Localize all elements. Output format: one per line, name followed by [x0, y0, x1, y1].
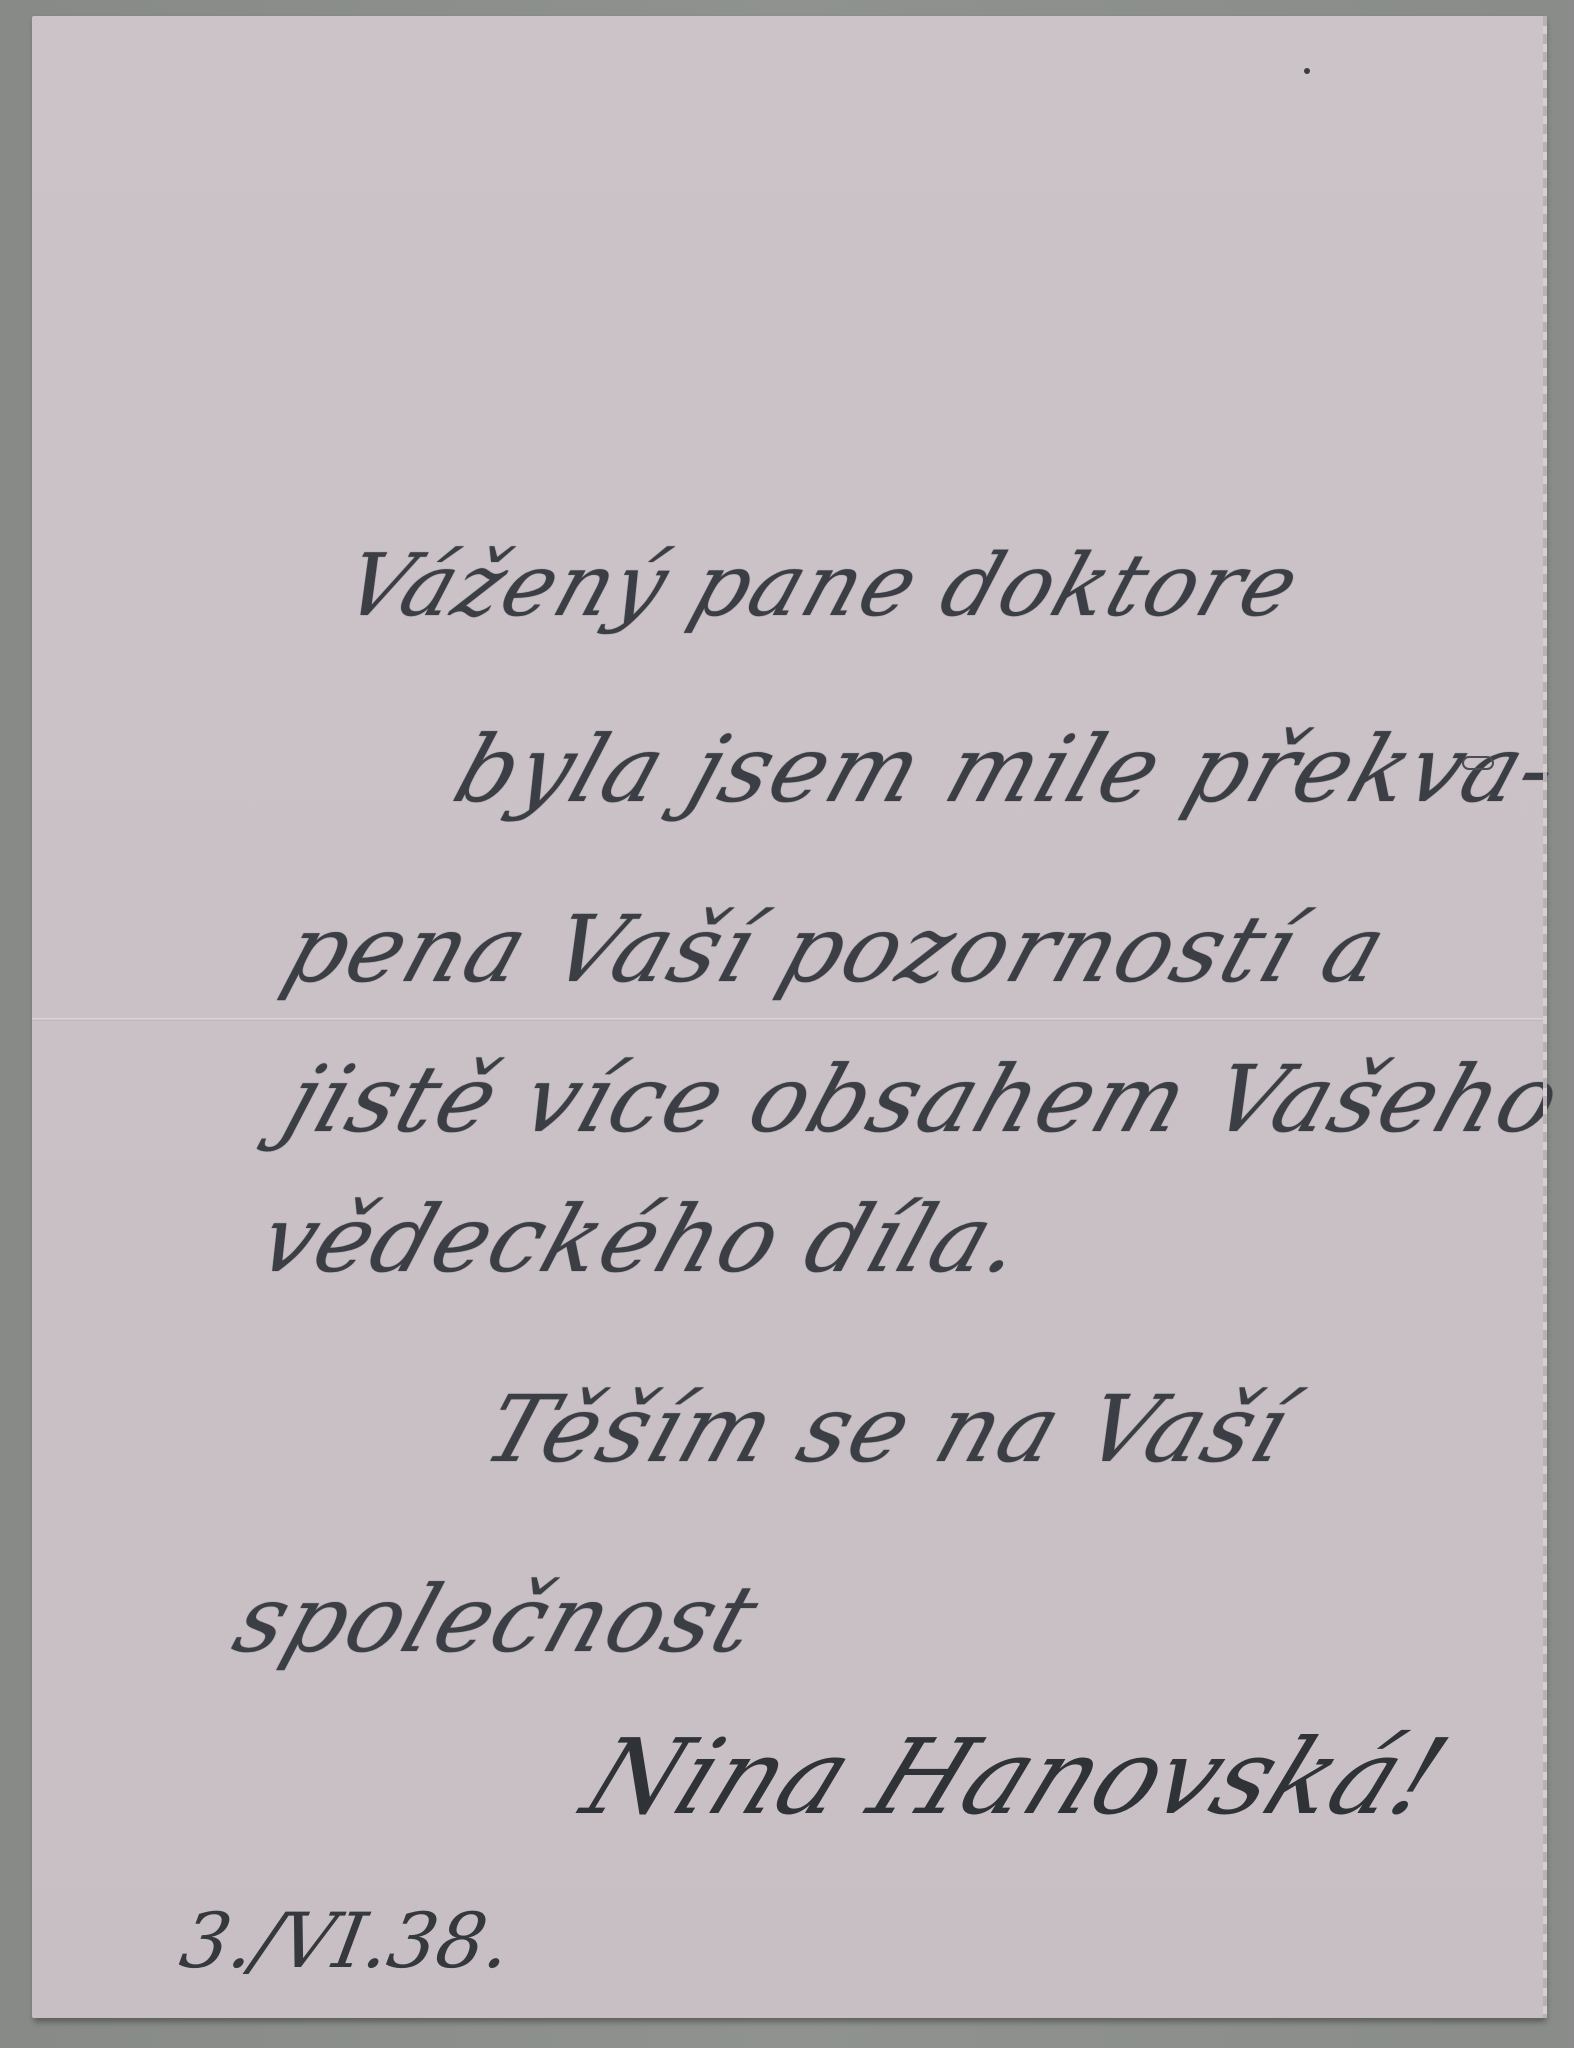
- letter-date: 3./VI.38.: [174, 1896, 518, 1985]
- signature: Nina Hanovská!: [567, 1716, 1464, 1838]
- letter-sheet: Vážený pane doktore byla jsem mile překv…: [32, 16, 1544, 2018]
- body-line-6: společnost: [222, 1566, 772, 1673]
- letter-content: Vážený pane doktore byla jsem mile překv…: [32, 16, 1544, 2018]
- line-break-hyphen: [1462, 756, 1494, 770]
- body-line-3: jistě více obsahem Vašeho: [272, 1046, 1574, 1153]
- body-line-5: Těším se na Vaší: [472, 1376, 1304, 1483]
- body-line-2: pena Vaší pozorností a: [272, 896, 1401, 1003]
- body-line-1: byla jsem mile překva-: [442, 716, 1573, 823]
- salutation: Vážený pane doktore: [332, 536, 1313, 636]
- body-line-4: vědeckého díla.: [247, 1186, 1039, 1293]
